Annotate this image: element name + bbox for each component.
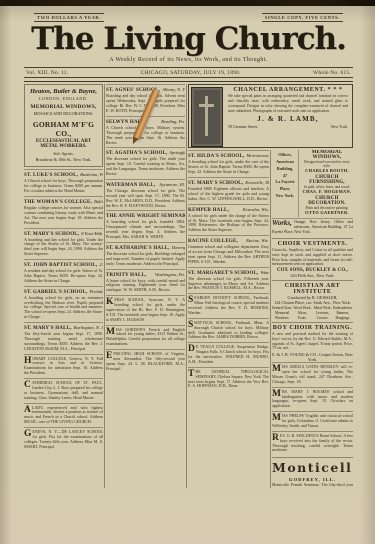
- booth-section: MEMORIAL WINDOWS, Designed and executed …: [301, 150, 353, 173]
- advertiser-name: CHARLES BOOTH.: [301, 168, 353, 173]
- ad-title: TRINITY HALL,: [106, 273, 146, 278]
- ad-body: Cassocks, Surplices, and Cottas in all q…: [272, 248, 353, 267]
- table-row: Stained Glass. Wood Work. Metal Work. Em…: [272, 306, 353, 310]
- school-ad: KEMPER HALL, Kenosha, Wis. A school for …: [188, 204, 269, 236]
- col1-school-ads: ST. LUKE'S SCHOOL, Bustleton, Pa. A Chur…: [24, 169, 103, 353]
- table-cell: Banners,: [333, 311, 353, 315]
- classified-ad: THE GENERAL THEOLOGICAL SEMINARY, Chelse…: [188, 367, 269, 392]
- classified-text: HATTUCK SCHOOL, Faribault, Minn. A thoro…: [188, 320, 269, 340]
- classified-text: OBART COLLEGE, Geneva, N. Y. Full course…: [24, 356, 103, 376]
- ad-line: 47: [272, 173, 298, 180]
- booth-offices: Offices, American Building, 47 La Fayett…: [272, 150, 299, 217]
- school-ad: RACINE COLLEGE, Racine, Wis. Grammar sch…: [188, 235, 269, 267]
- school-ad: ST. MARY'S HALL, Burlington, N. J. The f…: [24, 322, 103, 354]
- col3-classifieds: SEABURY DIVINITY SCHOOL, Faribault, Minn…: [188, 293, 269, 391]
- ad-line: La Fayette: [272, 179, 298, 186]
- classified-text: EBLE SCHOOL, Syracuse, N. Y. A boarding …: [106, 297, 185, 322]
- school-ad: ST. LUKE'S SCHOOL, Bustleton, Pa. A Chur…: [24, 169, 103, 196]
- school-ad: THE WOMAN'S COLLEGE, Baltimore, Md. Regu…: [24, 196, 103, 228]
- ad-body: A boarding school for girls, on an emine…: [24, 296, 103, 320]
- table-cell: Metal Work.: [313, 306, 333, 310]
- ad-body: A boarding school for girls, founded 188…: [106, 220, 185, 240]
- classified-text: HE GENERAL THEOLOGICAL SEMINARY, Chelsea…: [188, 369, 269, 389]
- advertiser-name: J. & R. LAMB,: [226, 115, 350, 123]
- classified-ad: DE VEAUX COLLEGE, Suspension Bridge, Nia…: [188, 342, 269, 367]
- ad-title: ST. MARGARET'S SCHOOL,: [188, 271, 258, 276]
- dropcap: R: [272, 434, 279, 442]
- school-ad: ST. GABRIEL'S SCHOOL, Peekskill, N. Y. A…: [24, 286, 103, 322]
- booth-ad-columns: Offices, American Building, 47 La Fayett…: [272, 150, 353, 217]
- booth-section: CHURCH FURNISHING, In gold, silver, bras…: [301, 175, 353, 194]
- ad-title: Monticello: [272, 460, 353, 475]
- classified-text: ENEVA, N. Y.—DE LANCEY SCHOOL for girls.…: [24, 429, 103, 449]
- ad-line: LONDON, ENGLAND.: [26, 96, 101, 101]
- cross-icon: [205, 96, 208, 136]
- classified-ad: CATHEDRAL SCHOOL OF ST. PAUL, Garden Cit…: [24, 378, 103, 403]
- ad-body: Founded 1868. Eighteen officers and teac…: [188, 187, 269, 202]
- ad-body: Grammar school and collegiate department…: [188, 245, 269, 265]
- school-ad: ST. KATHARINE'S HALL, Davenport, Iowa. T…: [106, 242, 185, 269]
- ad-body: A boarding and day school for girls. Und…: [24, 238, 103, 258]
- classified-ad: EPISCOPAL HIGH SCHOOL of Virginia, near …: [106, 349, 185, 374]
- dropcap: D: [188, 345, 195, 353]
- booth-ad: Offices, American Building, 47 La Fayett…: [272, 150, 353, 236]
- ad-title: CHRISTIAN ART INSTITUTE: [272, 283, 353, 295]
- ad-location: Racine, Wis.: [246, 238, 269, 243]
- masthead-subtitle: A Weekly Record of its News, its Work, a…: [24, 57, 353, 63]
- altar-cross-image: [191, 87, 223, 147]
- works-label: Works,: [272, 220, 292, 227]
- ad-heading: ST. GABRIEL'S SCHOOL, Peekskill, N. Y.: [24, 289, 103, 295]
- choir-vestments-ad: CHOIR VESTMENTS. Cassocks, Surplices, an…: [272, 238, 353, 278]
- column-divider: [186, 84, 187, 488]
- classified-ad: REV. G. B. SPALDING'S Home School. A few…: [272, 431, 353, 456]
- ad-body: The Chicago diocesan school for girls. T…: [106, 189, 185, 209]
- columns-3-4: ST. HILDA'S SCHOOL, Morristown, N. J. A …: [188, 150, 353, 488]
- table-cell: Stained Glass.: [272, 306, 292, 310]
- ad-location: Bustleton, Pa.: [80, 172, 103, 177]
- ad-body: Monticello Female Seminary. The fifty-th…: [272, 483, 353, 488]
- boy-choir-ad: BOY CHOIR TRAINING. A new and practical …: [272, 322, 353, 362]
- ad-location: Springfield, Ill.: [170, 150, 185, 155]
- volume-number: Vol. XIII. No. 11.: [26, 70, 68, 76]
- advertiser-name: CHAS. F. HOGEMAN.: [301, 189, 353, 194]
- ad-title: BOY CHOIR TRAINING.: [272, 325, 353, 331]
- cross-icon: [199, 104, 214, 107]
- ad-body: A boarding school for girls, under the c…: [188, 160, 269, 175]
- classified-ad: MISS GORDON'S French and English school …: [106, 325, 185, 350]
- column-divider: [104, 84, 105, 488]
- monticello-ad: Monticello GODFREY, ILL. Monticello Fema…: [272, 457, 353, 488]
- ad-location: Davenport, Iowa.: [172, 245, 185, 250]
- dropcap: E: [106, 352, 112, 360]
- ad-body: A school for girls under the charge of t…: [188, 214, 269, 234]
- classified-text: EABURY DIVINITY SCHOOL, Faribault, Minn.…: [188, 295, 269, 315]
- rule-below-dateline: [24, 77, 353, 82]
- ad-location: Kenosha, Wis.: [243, 207, 269, 212]
- ad-title: CHURCH FURNISHING,: [301, 175, 353, 185]
- chancel-ad: CHANCEL ARRANGEMENT. * * * We take speci…: [188, 84, 353, 148]
- col2-classifieds: KEBLE SCHOOL, Syracuse, N. Y. A boarding…: [106, 295, 185, 373]
- table-cell: Crosses.: [313, 316, 333, 320]
- school-ad: ST. JOHN BAPTIST SCHOOL, 231 East 17th S…: [24, 259, 103, 286]
- booth-section: CHURCH DECORATION. Plain and decorative …: [301, 196, 353, 215]
- ad-body: A Church school for boys. Thorough prepa…: [24, 179, 103, 194]
- column-2: ST. AGNES' SCHOOL, Albany, N. Y. Boardin…: [106, 84, 185, 488]
- ad-address: Broadway & 19th St., New York.: [26, 157, 101, 162]
- ad-location: Sycamore, Ill.: [160, 182, 185, 187]
- gorham-ad: Heaton, Butler & Bayne, LONDON, ENGLAND.…: [24, 84, 103, 167]
- table-cell: Fonts.: [292, 316, 312, 320]
- ad-location: Reading, Pa.: [161, 119, 185, 124]
- dropcap: K: [106, 298, 113, 306]
- ad-heading: TRINITY HALL, Washington, Pa.: [106, 272, 185, 278]
- ad-address: 343 Fifth Ave., New York.: [272, 273, 353, 278]
- classified-text: EV. G. B. SPALDING'S Home School. A few …: [272, 433, 353, 453]
- ad-line: MEMORIAL WINDOWS,: [26, 104, 101, 110]
- masthead-title: The Living Church.: [24, 25, 353, 54]
- classified-text: PISCOPAL HIGH SCHOOL of Virginia, near A…: [106, 351, 185, 371]
- ad-location: Waterbury, Conn.: [260, 270, 269, 275]
- ad-address: 124 Clinton Place, cor. Sixth Ave., New …: [272, 300, 353, 305]
- table-cell: Hangings.: [333, 316, 353, 320]
- dateline: Vol. XIII. No. 11. CHICAGO, SATURDAY, JU…: [24, 68, 353, 77]
- art-institute-table: Stained Glass. Wood Work. Metal Work. Em…: [272, 306, 353, 320]
- table-cell: Embroideries.: [333, 306, 353, 310]
- dropcap: T: [188, 370, 194, 378]
- school-ad: ST. AGATHA'S SCHOOL, Springfield, Ill. T…: [106, 147, 185, 179]
- advertiser-name: GORHAM M'F'G CO.,: [26, 120, 101, 138]
- table-cell: Memorial: [272, 311, 292, 315]
- classified-text: RS. MARY J. HOLMES' school and kindergar…: [272, 389, 353, 409]
- ad-title: CHANCEL ARRANGEMENT. * * *: [226, 87, 350, 93]
- ad-line: Designed and executed in every style.: [301, 160, 353, 168]
- ad-line: MOSAICS AND DECORATIONS.: [26, 111, 101, 116]
- dropcap: G: [24, 430, 31, 438]
- right-half: CHANCEL ARRANGEMENT. * * * We take speci…: [188, 84, 353, 488]
- school-ad: TRINITY HALL, Washington, Pa. A home sch…: [106, 269, 185, 296]
- column-divider: [270, 150, 271, 488]
- ad-line: Heaton, Butler & Bayne,: [26, 88, 101, 95]
- ad-body: The diocesan school for girls. Buildings…: [106, 252, 185, 267]
- classified-ad: MRS. MARY J. HOLMES' school and kinderga…: [272, 387, 353, 412]
- table-row: Memorial Altars, Lecterns, Banners,: [272, 311, 353, 315]
- classified-ad: SHATTUCK SCHOOL, Faribault, Minn. A thor…: [188, 318, 269, 343]
- ad-columns: Heaton, Butler & Bayne, LONDON, ENGLAND.…: [24, 84, 353, 488]
- school-ad: WATERMAN HALL, Sycamore, Ill. The Chicag…: [106, 179, 185, 211]
- classified-ad: A LADY, experienced and with highest tes…: [24, 403, 103, 428]
- dropcap: S: [188, 321, 193, 329]
- ad-location: Albany, N. Y.: [162, 87, 185, 92]
- ad-location: Morristown, N. J.: [247, 153, 269, 158]
- ad-heading: ST. MARY'S SCHOOL, 8 East 46th St., New …: [24, 231, 103, 237]
- ad-title: CHURCH DECORATION.: [301, 196, 353, 206]
- column-3: ST. HILDA'S SCHOOL, Morristown, N. J. A …: [188, 150, 269, 488]
- ad-body: The diocesan school for girls. Fifteenth…: [188, 277, 269, 292]
- ad-line: Sole Agents.: [26, 151, 101, 156]
- whole-number: Whole No. 615.: [313, 70, 351, 76]
- school-ad: THE ANNIE WRIGHT SEMINARY, Tacoma, Wash.…: [106, 210, 185, 242]
- ad-body: A home school for boys, with careful mor…: [106, 279, 185, 294]
- ad-body: We take special pains in arranging quart…: [228, 94, 348, 113]
- chancel-ad-text: CHANCEL ARRANGEMENT. * * * We take speci…: [226, 87, 350, 145]
- ad-line: Place,: [272, 186, 298, 193]
- ad-line: Offices,: [272, 152, 298, 159]
- col3-school-ads: ST. HILDA'S SCHOOL, Morristown, N. J. A …: [188, 150, 269, 293]
- ad-line: New York.: [272, 193, 298, 200]
- booth-works-line: Works, Orange, New Jersey. Office and sa…: [272, 218, 353, 234]
- classified-text: ATHEDRAL SCHOOL OF ST. PAUL, Garden City…: [24, 380, 103, 400]
- classified-text: ISS PHELPS' English and classical school…: [272, 413, 353, 428]
- dropcap: C: [24, 381, 31, 389]
- column-4: Offices, American Building, 47 La Fayett…: [272, 150, 353, 488]
- ad-line: Building,: [272, 166, 298, 173]
- ad-heading: ST. MARGARET'S SCHOOL, Waterbury, Conn.: [188, 270, 269, 276]
- advertiser-name: OTTO GAERTNER.: [301, 210, 353, 215]
- ad-title: CHOIR VESTMENTS.: [272, 241, 353, 247]
- classified-ad: SEABURY DIVINITY SCHOOL, Faribault, Minn…: [188, 293, 269, 318]
- classified-ad: MISS ADELIA GATES HENSLEY will re-open h…: [272, 362, 353, 387]
- ad-address-city: New York.: [331, 124, 348, 129]
- ad-location: Knoxville, Ill.: [245, 180, 269, 185]
- ad-body: The fifty-fourth year begins Sept. 17, 1…: [24, 332, 103, 352]
- ad-heading: KEMPER HALL, Kenosha, Wis.: [188, 207, 269, 213]
- table-row: Windows. Fonts. Crosses. Hangings.: [272, 316, 353, 320]
- ad-location: Baltimore, Md.: [94, 199, 103, 204]
- dropcap: A: [24, 406, 31, 414]
- scan-edge-top: [0, 0, 375, 6]
- school-ad: ST. MARY'S SCHOOL, Knoxville, Ill. Found…: [188, 177, 269, 204]
- table-cell: Windows.: [272, 316, 292, 320]
- dropcap: M: [272, 414, 281, 422]
- ad-title: ST. GABRIEL'S SCHOOL,: [24, 290, 88, 295]
- ad-location: GODFREY, ILL.: [272, 477, 353, 482]
- table-cell: Altars,: [292, 311, 312, 315]
- classified-ad: GENEVA, N. Y.—DE LANCEY SCHOOL for girls…: [24, 427, 103, 452]
- dropcap: H: [24, 357, 31, 365]
- ad-body: A resident and day school for girls. Sis…: [24, 269, 103, 284]
- dropcap: S: [188, 296, 193, 304]
- dropcap: M: [106, 328, 115, 336]
- ad-title: ST. MARY'S SCHOOL,: [24, 232, 79, 237]
- newspaper-page: TWO DOLLARS A YEAR. SINGLE COPY, FIVE CE…: [0, 0, 375, 544]
- dropcap: M: [272, 365, 281, 373]
- classified-text: ISS ADELIA GATES HENSLEY will re-open he…: [272, 364, 353, 384]
- classified-text: LADY, experienced and with highest testi…: [24, 405, 103, 425]
- dropcap: M: [272, 390, 281, 398]
- ad-location: 231 East 17th St., New York.: [99, 262, 103, 267]
- classified-ad: MISS PHELPS' English and classical schoo…: [272, 411, 353, 431]
- ad-body: A new and practical method for the train…: [272, 332, 353, 351]
- ad-location: 8 East 46th St., New York.: [81, 231, 103, 236]
- ad-body: The diocesan school for girls. The ninth…: [106, 157, 185, 177]
- classified-text: E VEAUX COLLEGE, Suspension Bridge, Niag…: [188, 344, 269, 364]
- ad-title: MEMORIAL WINDOWS,: [301, 150, 353, 160]
- table-cell: Lecterns,: [313, 311, 333, 315]
- col1-classifieds: HOBART COLLEGE, Geneva, N. Y. Full cours…: [24, 354, 103, 452]
- booth-sections: MEMORIAL WINDOWS, Designed and executed …: [301, 150, 353, 217]
- school-ad: ST. MARGARET'S SCHOOL, Waterbury, Conn. …: [188, 267, 269, 294]
- advertiser-name: E. & J. B. YOUNG & CO., Cooper Union, Ne…: [272, 352, 353, 362]
- school-ad: ST. MARY'S SCHOOL, 8 East 46th St., New …: [24, 228, 103, 260]
- school-ad: ST. HILDA'S SCHOOL, Morristown, N. J. A …: [188, 150, 269, 177]
- classified-ad: KEBLE SCHOOL, Syracuse, N. Y. A boarding…: [106, 295, 185, 324]
- col4-classifieds: MISS ADELIA GATES HENSLEY will re-open h…: [272, 362, 353, 455]
- christian-art-institute-ad: CHRISTIAN ART INSTITUTE Conducted by R. …: [272, 280, 353, 320]
- table-cell: Wood Work.: [292, 306, 312, 310]
- column-1: Heaton, Butler & Bayne, LONDON, ENGLAND.…: [24, 84, 103, 488]
- issue-dateline: CHICAGO, SATURDAY, JULY 19, 1890.: [141, 70, 241, 76]
- classified-text: ISS GORDON'S French and English school f…: [106, 327, 185, 347]
- classified-ad: HOBART COLLEGE, Geneva, N. Y. Full cours…: [24, 354, 103, 379]
- ad-location: Burlington, N. J.: [74, 325, 103, 330]
- ad-line: METAL WORKERS.: [26, 144, 101, 149]
- ad-body: A Church school for boys. Military syste…: [106, 126, 185, 146]
- ad-address: 59 Carmine Street, New York.: [226, 124, 350, 129]
- ad-title: KEMPER HALL,: [188, 208, 229, 213]
- ad-location: Peekskill, N. Y.: [90, 289, 103, 294]
- ad-body: Regular college courses for women. Also …: [24, 206, 103, 226]
- ad-location: Washington, Pa.: [155, 272, 185, 277]
- ad-address-street: 59 Carmine Street,: [228, 124, 258, 129]
- ad-line: American: [272, 159, 298, 166]
